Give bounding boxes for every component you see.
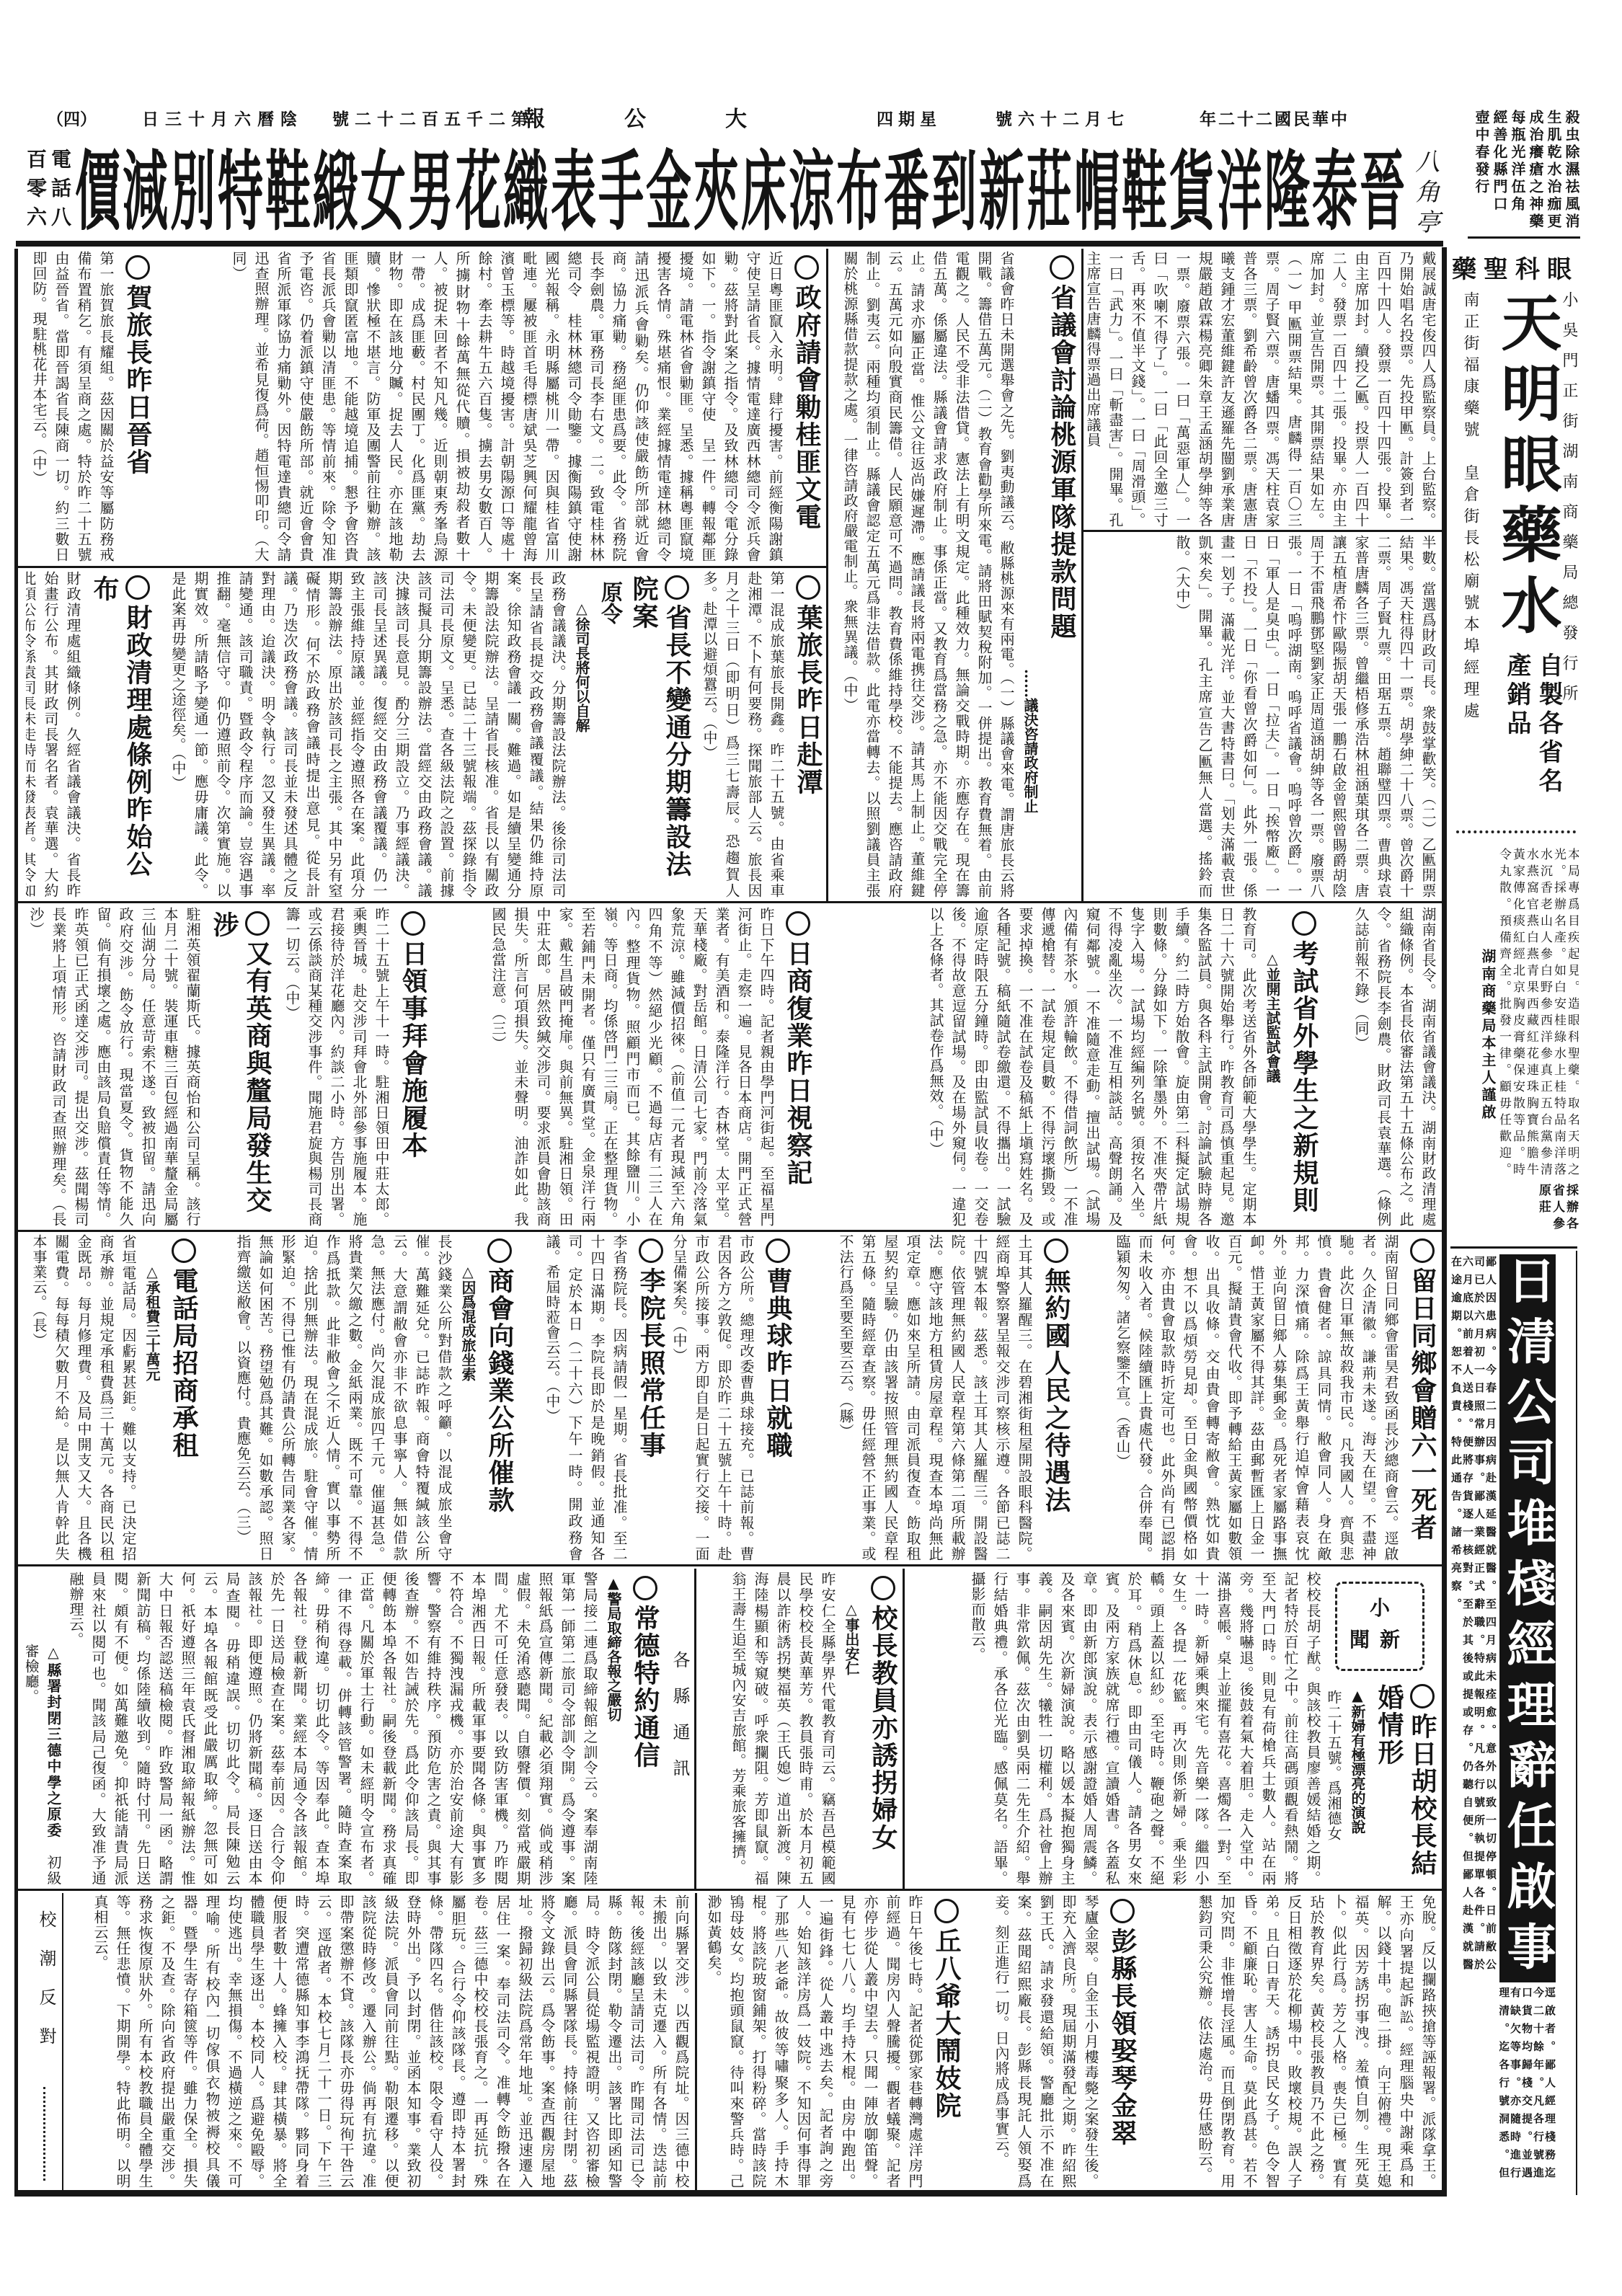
section-label: 各縣通訊: [668, 1572, 692, 1886]
byline: （中）: [30, 448, 48, 486]
body-text: 省議會昨日未開選舉會之先。劉夷動議云。敝縣桃源來有兩電。（一）縣議會來電。謂唐旅…: [841, 251, 1015, 898]
headline-text: 賀旅長昨日晉省: [123, 284, 153, 476]
article-body: 教育司。此次考送省外各師範大學學生。定期本日二十六號開始舉行。昨教育司爲慎重起見…: [924, 907, 1259, 1227]
headline: 政府請會勦桂匪文電: [790, 251, 823, 562]
article-brigadier-he-returns: 賀旅長昨日晉省 第一旅賀旅長耀組。茲因關於益安等屬防務戒備布置稍乞。有須呈商之處…: [26, 251, 154, 562]
headline-text: 無約國人民之待遇法: [1041, 1267, 1071, 1514]
headline-text: 省長不變通分期籌設法院案: [629, 575, 692, 878]
pharmacy-notice-footer: 採辦各省人參原莊: [1492, 1184, 1577, 1243]
headline-circle-icon: [934, 1899, 959, 1923]
small-news-box-bottom: 新聞: [1337, 1624, 1422, 1656]
subhead: △並開主試監試會議: [1261, 907, 1283, 1227]
headline-circle-icon: [633, 1576, 657, 1600]
article-body: 湖南省長令。湖南省議會議決。湖南財政清理處組織條例。本省長依審法第五十五條公布之…: [1350, 907, 1439, 1227]
subhead: ……議決咨請政府制止: [1019, 251, 1041, 898]
article-finance-office-regulations-part2: 湖南省長令。湖南省議會議決。湖南財政清理處組織條例。本省長依審法第五十五條公布之…: [1324, 907, 1439, 1227]
ointment-ad-line: 經善化縣門口: [1490, 110, 1508, 235]
article-body: 政務會議議決。分期籌設法院辦法。後徐司法司長呈請省長提交政務會議覆議。結果仍維持…: [167, 571, 569, 898]
ointment-ad-line: 每瓶光洋伍角: [1508, 110, 1526, 235]
headline-text: 日領事拜會施履本: [398, 940, 428, 1159]
body-text: 土耳其人羅醒三。在碧湘街租屋開設眼科醫院。經商埠警察署呈報交涉司察核示遵。各節已…: [837, 1234, 1033, 1561]
article-teachers-abduction-part2: 免脫。反以攔路挾搶等誣報署。派隊拿王。王亦向署提起訴訟。經理腦央中謝乘爲和解。以…: [1142, 1894, 1439, 2189]
ointment-ad-line: 壺中春發行: [1472, 110, 1490, 235]
column-rule-d: [694, 1569, 696, 1889]
article-japanese-shops-reopen: 日商復業昨日視察記 昨日下午四時。記者親由學門河街起。至福星門河街止。走察一遍。…: [433, 907, 815, 1227]
headline: 留日同鄉會贈六一死者: [1406, 1234, 1439, 1561]
article-changde-correspondence-part1: 各縣通訊 常德特約通信 ▲警局取締各報之嚴切 警局接二連爲取締報館之訓令云。案奉…: [26, 1572, 692, 1886]
eye-ad-agents: 南正街福康藥號 皇倉街長松廟號本埠經理處: [1456, 291, 1481, 731]
article-body: 李省務院長。因病請假一星期。省長批准。至二十四日滿期。李院長即於是晚銷假。並通知…: [541, 1234, 630, 1561]
byline: （中）: [670, 1325, 688, 1363]
article-brigadier-ye-to-xiangtan: 葉旅長昨日赴潭 第一混成旅葉旅長開鑫。昨二十五號。由省乘車赴湘潭。不卜有何要務。…: [698, 571, 825, 898]
article-body: 省議會昨日未開選舉會之先。劉夷動議云。敝縣桃源來有兩電。（一）縣議會來電。謂唐旅…: [838, 251, 1017, 898]
article-body: 省垣電話局。因虧累甚鉅。難以支持。已決定招商承辦。並規定承租費爲三十萬元。各商民…: [27, 1234, 139, 1561]
headline: 又有英商與釐局發生交涉: [208, 907, 274, 1227]
headline-circle-icon: [401, 911, 425, 936]
body-text: 近日粵匪竄入永明。肆行擾害。前經衡陽謝鎮守使呈請省長。據情電達廣西林總司令派兵會…: [252, 251, 784, 562]
headline: 省議會討論桃源軍隊提款問題: [1045, 251, 1078, 898]
article-body: 琴廬金翠。自金玉小月樓毒斃之案發生後。即充入濟良所。現屆期滿發配之期。昨紹熙劉王…: [990, 1894, 1102, 2189]
subhead: △承租費三十萬元: [141, 1234, 163, 1561]
article-body: 警局接二連爲取締報館之訓令云。案奉湖南陸軍第一師第二旅司令部訓令開。爲令遵事。案…: [64, 1572, 601, 1886]
left-border: [14, 249, 18, 2194]
byline: （中）: [841, 675, 859, 713]
bottom-rule: [14, 2190, 1447, 2197]
banner-phone: 電話八百零六: [20, 149, 72, 241]
republic-year: 中華民國二十二年: [1182, 109, 1350, 130]
article-body-second: △縣署封閉三德中學之原委 初級審檢廳。: [26, 1572, 64, 1886]
subhead: △因爲混成旅坐索: [456, 1234, 479, 1561]
headline: 葉旅長昨日赴潭: [792, 571, 825, 898]
headline-circle-icon: [794, 255, 819, 280]
ointment-ad-line: 生肌乾水治痂更: [1544, 110, 1562, 235]
headline-circle-icon: [125, 255, 150, 280]
small-news-box-top: 小: [1337, 1592, 1422, 1624]
headline-circle-icon: [1410, 1684, 1435, 1708]
article-body: 昨日下午四時。記者親由學門河街起。至福星門河街止。走察一遍。見各日本商店。開門正…: [487, 907, 777, 1227]
headline-text: 又有英商與釐局發生交涉: [209, 911, 272, 1214]
subhead: △事出安仁: [840, 1572, 862, 1886]
headline: 日領事拜會施履本: [396, 907, 430, 1227]
byline: （三）: [489, 1013, 507, 1051]
body-text: 湖南留日同鄉會雷昊君致函長沙總商會云。逕啟者。久企清徽。謙荊未遂。海天在望。不盡…: [1114, 1234, 1399, 1561]
byline: （縣）: [837, 1401, 854, 1439]
article-cao-dianqiu-takes-office: 曹典球昨日就職 市政公所。總理改委曹典球接充。已誌前報。曹君因各方之敦促。即於昨…: [670, 1234, 794, 1561]
body-text: 政務會議議決。分期籌設法院辦法。後徐司法司長呈請省長提交政務會議覆議。結果仍維持…: [169, 571, 567, 898]
article-non-treaty-nationals: 無約國人民之待遇法 土耳其人羅醒三。在碧湘街租屋開設眼科醫院。經商埠警察署呈報交…: [797, 1234, 1073, 1561]
article-telephone-bureau-lease: 電話局招商承租 △承租費三十萬元 省垣電話局。因虧累甚鉅。難以支持。已決定招商承…: [26, 1234, 200, 1561]
headline-circle-icon: [172, 1238, 196, 1263]
byline: （同）: [1352, 1013, 1370, 1051]
headline: 商會向錢業公所催款: [483, 1234, 516, 1561]
headline-text: 校長教員亦誘拐婦女: [868, 1605, 898, 1851]
headline-text: 省議會討論桃源軍隊提款問題: [1047, 284, 1077, 640]
article-teachers-abduction-part1: 校長教員亦誘拐婦女 △事出安仁 昨安仁全縣學界代電教育司云。竊吾邑模範國民學校校…: [698, 1572, 900, 1886]
article-body: 財政清理處組織條例。久經省議會議決。省長昨始畫行公布。其財政司長署名者。袁華選。…: [26, 571, 84, 898]
article-finance-office-regulations-part1: 財政清理處條例昨始公布 財政清理處組織條例。久經省議會議決。省長昨始畫行公布。其…: [26, 571, 154, 898]
article-courts-phased-establishment: 省長不變通分期籌設法院案 原令 △徐司長將何以自解 政務會議議決。分期籌設法院辦…: [157, 571, 693, 898]
headline-text: 財政清理處條例昨始公布: [89, 575, 153, 878]
body-text: 駐湘英領翟蘭斯氏。據英商怡和公司呈稱。該行本月二十號。裝運車糖三百包經過南華釐金…: [50, 907, 201, 1227]
byline: （中）: [544, 1386, 561, 1424]
headline-circle-icon: [245, 911, 270, 936]
ointment-ad: 殺虫除濕祛風消 生肌乾水治痂更 成治癢瘡之神藥 每瓶光洋伍角 經善化縣門口 壺中…: [1468, 110, 1580, 235]
body-text: 教育司。此次考送省外各師範大學學生。定期本日二十六號開始舉行。昨教育司爲慎重起見…: [927, 907, 1257, 1227]
article-body: 免脫。反以攔路挾搶等誣報署。派隊拿王。王亦向署提起訴訟。經理腦央中謝乘爲和解。以…: [1193, 1894, 1439, 2189]
pharmacy-notice-body: 本局專爲目疾起見。造眼科聖藥。取名天明之光。採辦名產。如白安桂綠水上桂特品南洋落…: [1497, 848, 1579, 1181]
headline-circle-icon: [487, 1238, 512, 1263]
headline-text: 考試省外學生之新規則: [1289, 940, 1319, 1214]
byline: （中）: [169, 753, 187, 791]
byline: （三）: [234, 1507, 252, 1545]
headline-secondary: 原令: [595, 571, 623, 898]
right-column-divider: [1442, 247, 1447, 2195]
body-text: 省垣電話局。因虧累甚鉅。難以支持。已決定招商承辦。並規定承租費爲三十萬元。各商民…: [30, 1234, 137, 1561]
article-body: 昨二十五號上午十一時。駐湘日領田中莊太郎。乘輿晉城。赴交涉司拜會北外部參事施履本…: [280, 907, 392, 1227]
eye-ad-category: 眼科聖藥: [1450, 254, 1579, 285]
article-body: 前向縣署交涉。以西觀爲院址。因三德中校未搬出。以致未克遷入。所有各情。迭誌前報。…: [89, 1894, 692, 2189]
paper-name: 大公報: [601, 109, 826, 130]
headline-circle-icon: [796, 575, 820, 600]
article-body: 土耳其人羅醒三。在碧湘街租屋開設眼科醫院。經商埠警察署呈報交涉司察核示遵。各節已…: [834, 1234, 1035, 1561]
article-body: 第一旅賀旅長耀組。茲因關於益安等屬防務戒備布置稍乞。有須呈商之處。特於昨二十五號…: [27, 251, 117, 562]
headline-text: 昨日胡校長結婚情形: [1374, 1684, 1437, 1877]
subhead: ▲新婦有極漂亮的演說: [1346, 1680, 1368, 1886]
body-text: 湖南省長令。湖南省議會議決。湖南財政清理處組織條例。本省長依審法第五十五條公布之…: [1352, 907, 1437, 1227]
article-body: 市政公所。總理改委曹典球接充。已誌前報。曹君因各方之敦促。即於昨二十五號上午十時…: [670, 1234, 757, 1561]
column-rule-a: [1081, 249, 1083, 901]
article-likin-bureau-dispute: 又有英商與釐局發生交涉 駐湘英領翟蘭斯氏。據英商怡和公司呈稱。該行本月二十號。裝…: [26, 907, 274, 1227]
headline: 考試省外學生之新規則: [1288, 907, 1321, 1227]
headline-circle-icon: [639, 1238, 663, 1263]
article-body: 昨安仁全縣學界代電教育司云。竊吾邑模範國民學校校長黃華芳。教員張時甫。於本月初五…: [727, 1572, 838, 1886]
body-text: 昨二十五號上午十一時。駐湘日領田中莊太郎。乘輿晉城。赴交涉司拜會北外部參事施履本…: [283, 907, 390, 1227]
dotted-divider: [1456, 830, 1576, 833]
article-principal-wedding-body: 校校長胡子猷。與該校教員廖善媛結婚之期。記者特於百忙之中。前往高碼頭觀看熱鬧。將…: [907, 1572, 1324, 1886]
byline: （長）: [30, 1310, 48, 1348]
headline: 省長不變通分期籌設法院案: [627, 571, 693, 898]
lunar-date: 陰曆六月十三日: [136, 109, 303, 130]
subhead-inline: △縣署封閉三德中學之原委: [45, 1644, 62, 1839]
headline: 財政清理處條例昨始公布: [88, 571, 154, 898]
headline-text: 彭縣長領娶琴金翠: [1107, 1928, 1138, 2147]
column-rule-b: [826, 249, 828, 901]
issue-number: 第二千五百二十二號: [324, 109, 533, 130]
row-rule-1: [18, 901, 1442, 903]
article-body: 長沙錢業公所對借款之呼籲。以混成旅坐會守催。萬難延兌。已誌昨報。商會特覆緘該公所…: [231, 1234, 455, 1561]
headline-text: 日商復業昨日視察記: [783, 940, 813, 1187]
headline-text: 政府請會勦桂匪文電: [792, 284, 822, 531]
article-body: 第一混成旅葉旅長開鑫。昨二十五號。由省乘車赴湘潭。不卜有何要務。探聞旅部人云。旅…: [698, 571, 787, 898]
headline-circle-icon: [125, 575, 150, 600]
article-body: 駐湘英領翟蘭斯氏。據英商怡和公司呈稱。該行本月二十號。裝運車糖三百包經過南華釐金…: [26, 907, 203, 1227]
row-rule-4: [18, 1889, 1442, 1891]
article-changde-correspondence-part2: 前向縣署交涉。以西觀爲院址。因三德中校未搬出。以致未克遷入。所有各情。迭誌前報。…: [66, 1894, 692, 2189]
headline-circle-icon: [871, 1576, 895, 1600]
article-election-results-part2: 半數。當選爲財政司長。衆鼓掌歡笑。（二）乙匭開票結果。馮天柱得四十一票。胡學紳二…: [1087, 535, 1439, 898]
article-principal-wedding-head: 昨日胡校長結婚情形 ▲新婦有極漂亮的演說 昨二十五號。爲湘德女: [1328, 1680, 1439, 1886]
article-soldiers-raid-brothel: 丘八爺大鬧妓院 昨日午後七時。記者從鄧家巷轉灣處洋房門前經過。聞房內人聲騰擾。觀…: [699, 1894, 963, 2189]
subhead: ▲警局取締各報之嚴切: [602, 1572, 624, 1886]
pharmacy-notice: 本局專爲目疾起見。造眼科聖藥。取名天明之光。採辦名產。如白安桂綠水上桂特品南洋落…: [1450, 848, 1579, 1181]
eye-ad-tagline: 自製各省名 產銷品: [1492, 652, 1564, 812]
article-japanese-consul-visit: 日領事拜會施履本 昨二十五號上午十一時。駐湘日領田中莊太郎。乘輿晉城。赴交涉司拜…: [277, 907, 430, 1227]
headline-text: 葉旅長昨日赴潭: [793, 604, 823, 796]
headline-circle-icon: [1292, 911, 1316, 936]
headline-text: 商會向錢業公所催款: [484, 1267, 515, 1514]
ointment-ad-line: 殺虫除濕祛風消: [1562, 110, 1580, 235]
side-label-dotted-line: [43, 2087, 45, 2181]
headline: 電話局招商承租: [167, 1234, 200, 1561]
article-body: 半數。當選爲財政司長。衆鼓掌歡笑。（二）乙匭開票結果。馮天柱得四十一票。胡學紳二…: [1171, 535, 1439, 898]
row-rule-3: [18, 1564, 1442, 1566]
headline: 無約國人民之待遇法: [1040, 1234, 1073, 1561]
eye-ad-tagline-line: 產銷品: [1501, 652, 1533, 812]
article-body-lead: 昨二十五號。爲湘德女: [1328, 1680, 1344, 1886]
nisshin-notice-lower-body: 逕啟者。鄙人經理棧務迄今二十餘年。凡各行號進口貨物均歸棧交提。並遇有缺欠等事。亦…: [1499, 1987, 1556, 2190]
headline-text: 曹典球昨日就職: [763, 1267, 793, 1459]
headline: 常德特約通信: [629, 1572, 662, 1886]
headline: 曹典球昨日就職: [761, 1234, 794, 1561]
byline: （中）: [283, 983, 301, 1021]
body-text: 長沙錢業公所對借款之呼籲。以混成旅坐會守催。萬難延兌。已誌昨報。商會特覆緘該公所…: [234, 1234, 453, 1561]
right-edge-rule: [1576, 1251, 1577, 2195]
headline-circle-icon: [1050, 255, 1074, 280]
byline: （大中）: [1174, 565, 1191, 619]
subhead: △徐司長將何以自解: [570, 571, 593, 898]
banner-headline: 晉泰隆洋貨鞋帽莊新到番布涼床夾金手表織花男女緞鞋特別減價: [72, 146, 1407, 236]
article-guangxi-bandits-telegram: 政府請會勦桂匪文電 近日粵匪竄入永明。肆行擾害。前經衡陽謝鎮守使呈請省長。據情電…: [157, 251, 823, 562]
nisshin-rule: [1450, 1246, 1577, 1249]
weekday: 星期四: [874, 109, 941, 130]
article-chamber-presses-bankers: 商會向錢業公所催款 △因爲混成旅坐索 長沙錢業公所對借款之呼籲。以混成旅坐會守催…: [203, 1234, 516, 1561]
headline: 賀旅長昨日晉省: [121, 251, 154, 562]
byline: （中）: [701, 722, 718, 761]
headline: 丘八爺大鬧妓院: [930, 1894, 963, 2189]
headline: 李院長照常任事: [634, 1234, 668, 1561]
article-body: 戴展誠唐宅俊四人爲監察員。上台監察。乃開始唱名投票。先投甲匭。計簽到者一百四十四…: [1087, 251, 1439, 528]
article-magistrate-peng: 彭縣長領娶琴金翠 琴廬金翠。自金玉小月樓毒斃之案發生後。即充入濟良所。現屆期滿發…: [966, 1894, 1139, 2189]
headline: 昨日胡校長結婚情形: [1373, 1680, 1439, 1886]
byline: （香山）: [1114, 1416, 1131, 1469]
headline-text: 常德特約通信: [630, 1605, 660, 1769]
headline: 校長教員亦誘拐婦女: [867, 1572, 900, 1886]
headline-text: 電話局招商承租: [169, 1267, 199, 1459]
headline-text: 丘八爺大鬧妓院: [931, 1928, 962, 2119]
newspaper-page: （四） 陰曆六月十三日 第二千五百二十二號 大公報 星期四 七月二十六號 中華民…: [0, 0, 1622, 2296]
column-rule-f: [62, 1893, 63, 2190]
pharmacy-notice-signature: 湖南商藥局本主人謹啟: [1479, 848, 1497, 1181]
article-taoyuan-troops-levy: 省議會討論桃源軍隊提款問題 ……議決咨請政府制止 省議會昨日未開選舉會之先。劉夷…: [830, 251, 1078, 898]
eye-ad-product: 天明眼藥水: [1489, 291, 1561, 652]
body-text: 市政公所。總理改委曹典球接充。已誌前報。曹君因各方之敦促。即於昨二十五號上午十時…: [670, 1234, 755, 1561]
article-body: 近日粵匪竄入永明。肆行擾害。前經衡陽謝鎮守使呈請省長。據情電達廣西林總司令派兵會…: [227, 251, 786, 562]
body-text: 半數。當選爲財政司長。衆鼓掌歡笑。（二）乙匭開票結果。馮天柱得四十一票。胡學紳二…: [1174, 535, 1437, 898]
article-body: 昨日午後七時。記者從鄧家巷轉灣處洋房門前經過。聞房內人聲騰擾。觀者蟻聚。記者亦停…: [702, 1894, 926, 2189]
column-rule-e: [695, 1893, 697, 2190]
article-body: 湖南留日同鄉會雷昊君致函長沙總商會云。逕啟者。久企清徽。謙荊未遂。海天在望。不盡…: [1111, 1234, 1401, 1561]
headline-text: 留日同鄉會贈六一死者: [1407, 1267, 1437, 1541]
side-label: 校潮反對: [29, 1910, 61, 2083]
article-premier-li-resumes: 李院長照常任事 李省務院長。因病請假一星期。省長批准。至二十四日滿期。李院長即於…: [519, 1234, 668, 1561]
headline: 日商復業昨日視察記: [781, 907, 815, 1227]
small-news-box: 小 新聞: [1335, 1582, 1424, 1671]
gregorian-date: 七月二十六號: [994, 109, 1130, 130]
nisshin-notice-upper-body: 鄙人因患病。今春二月因病赴漢延醫就醫。至四月病未痊愈。意外以致一切停頓。日前敝公…: [1450, 1256, 1497, 1981]
headline-text: 李院長照常任事: [636, 1267, 666, 1459]
eye-ad-tagline-line: 自製各省名: [1533, 652, 1564, 812]
row-rule-2: [18, 1230, 1442, 1232]
headline: 彭縣長領娶琴金翠: [1106, 1894, 1139, 2189]
article-election-results-part1: 戴展誠唐宅俊四人爲監察員。上台監察。乃開始唱名投票。先投甲匭。計簽到者一百四十四…: [1087, 251, 1439, 528]
banner-location: 八角亭: [1409, 149, 1440, 241]
headline-circle-icon: [766, 1238, 790, 1263]
page-number: （四）: [50, 109, 97, 130]
article-exam-rules: 考試省外學生之新規則 △並開主試監試會議 教育司。此次考送省外各師範大學學生。定…: [817, 907, 1321, 1227]
headline-circle-icon: [786, 911, 810, 936]
byline: （中）: [927, 1119, 944, 1157]
column-rule-c: [903, 1569, 905, 1889]
headline-circle-icon: [1410, 1238, 1435, 1263]
headline-circle-icon: [665, 575, 689, 600]
ointment-ad-line: 成治癢瘡之神藥: [1526, 110, 1544, 235]
tier-rule-left: [18, 566, 828, 568]
headline-circle-icon: [1044, 1238, 1068, 1263]
nisshin-notice-title: 日清公司堆棧經理辭任啟事: [1499, 1254, 1556, 1982]
article-tokyo-association-donation: 留日同鄉會贈六一死者 湖南留日同鄉會雷昊君致函長沙總商會云。逕啟者。久企清徽。謙…: [1076, 1234, 1439, 1561]
ointment-ad-rule: [1468, 236, 1580, 239]
headline-circle-icon: [1110, 1899, 1135, 1923]
banner-rule: [16, 241, 1443, 247]
body-text: 昨日下午四時。記者親由學門河街起。至福星門河街止。走察一遍。見各日本商店。開門正…: [489, 907, 775, 1227]
tier-rule-right: [1083, 530, 1442, 532]
body-text: 第一旅賀旅長耀組。茲因關於益安等屬防務戒備布置稍乞。有須呈商之處。特於昨二十五號…: [30, 251, 115, 562]
article-body: 校校長胡子猷。與該校教員廖善媛結婚之期。記者特於百忙之中。前往高碼頭觀看熱鬧。將…: [966, 1572, 1324, 1886]
